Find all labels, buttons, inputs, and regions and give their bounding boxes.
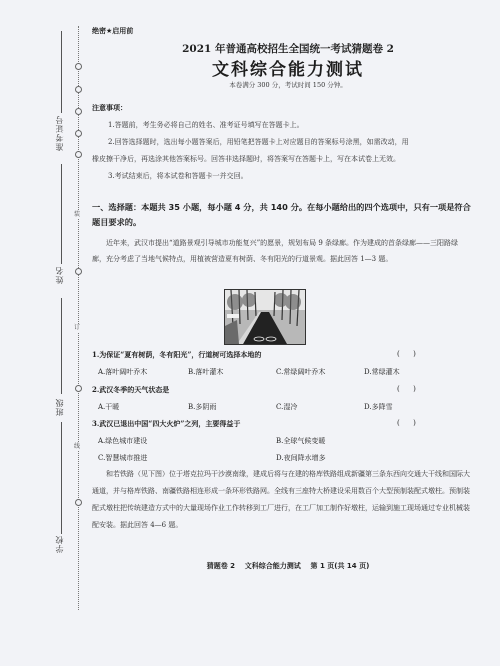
notice-item-3: 3.考试结束后，将本试卷和答题卡一并交回。 <box>108 171 248 181</box>
binding-hole-icon <box>75 268 82 275</box>
cut-mark-zhuang: 装 <box>74 211 80 219</box>
question-1-option-b: B.落叶灌木 <box>188 367 223 377</box>
question-3-answer-blank: ( ) <box>397 419 416 427</box>
field-label-class: 班级 <box>54 398 65 416</box>
question-2-answer-blank: ( ) <box>397 385 416 393</box>
passage-2: 和若铁路（见下图）位于塔克拉玛干沙漠南缘，建成后将与在建的格库铁路组成新疆第三条… <box>92 466 470 534</box>
section-heading: 一、选择题：本题共 35 小题，每小题 4 分，共 140 分。在每小题给出的四… <box>92 200 472 230</box>
question-2-stem: 2.武汉冬季的天气状态是 <box>92 385 432 395</box>
binding-hole-icon <box>75 130 82 137</box>
notice-item-2-cont: 橡皮擦干净后，再选涂其他答案标号。回答非选择题时，将答案写在答题卡上，写在本试卷… <box>92 154 400 164</box>
score-note: 本卷满分 300 分，考试时间 150 分钟。 <box>92 80 484 89</box>
secret-label: 绝密★启用前 <box>92 26 133 36</box>
question-3-option-d: D.夜间降水增多 <box>276 453 326 463</box>
passage-1: 近年来，武汉市提出“道路景观引导城市功能复兴”的愿景，规划布局 9 条绿廊。作为… <box>92 235 470 267</box>
field-underline <box>61 298 62 394</box>
question-1-option-c: C.常绿阔叶乔木 <box>276 367 325 377</box>
cut-mark-xian: 线 <box>74 443 80 451</box>
greenway-photo <box>224 289 306 345</box>
field-underline <box>61 422 62 534</box>
question-1-option-d: D.常绿灌木 <box>364 367 400 377</box>
field-label-school: 学校 <box>54 535 65 553</box>
binding-hole-icon <box>75 63 82 70</box>
greenway-photo-image <box>225 290 305 344</box>
question-3-option-b: B.全球气候变暖 <box>276 436 325 446</box>
question-3-stem: 3.武汉已退出中国“四大火炉”之列，主要得益于 <box>92 419 432 429</box>
field-label-name: 姓名 <box>54 266 65 284</box>
notice-item-2: 2.回答选择题时，选出每小题答案后，用铅笔把答题卡上对应题目的答案标号涂黑，如需… <box>108 137 409 147</box>
field-underline <box>61 164 62 264</box>
exam-page: 装 订 线 准考证号 姓名 班级 学校 绝密★启用前 2021 年普通高校招生全… <box>0 0 500 666</box>
field-label-exam-number: 准考证号 <box>54 115 65 151</box>
binding-hole-icon <box>75 499 82 506</box>
question-1-answer-blank: ( ) <box>397 350 416 358</box>
cut-mark-ding: 订 <box>74 324 80 332</box>
question-3-option-a: A.绿色城市建设 <box>98 436 147 446</box>
question-3-option-c: C.智慧城市推进 <box>98 453 147 463</box>
page-footer: 猜题卷 2 文科综合能力测试 第 1 页(共 14 页) <box>92 561 484 571</box>
question-1-stem: 1.为保证“夏有树荫，冬有阳光”，行道树可选择本地的 <box>92 350 432 360</box>
binding-hole-icon <box>75 86 82 93</box>
notice-heading: 注意事项： <box>92 103 127 113</box>
question-2-option-c: C.湿冷 <box>276 402 297 412</box>
binding-hole-icon <box>75 385 82 392</box>
binding-hole-icon <box>75 151 82 158</box>
question-1-option-a: A.落叶阔叶乔木 <box>98 367 147 377</box>
notice-item-1: 1.答题前，考生务必将自己的姓名、准考证号填写在答题卡上。 <box>108 120 304 130</box>
main-title: 文科综合能力测试 <box>92 55 484 80</box>
field-underline <box>61 31 62 113</box>
question-2-option-b: B.多阴雨 <box>188 402 216 412</box>
question-2-option-a: A.干暖 <box>98 402 119 412</box>
question-2-option-d: D.多降雪 <box>364 402 393 412</box>
binding-hole-icon <box>75 108 82 115</box>
exam-title: 2021 年普通高校招生全国统一考试猜题卷 2 <box>92 41 484 56</box>
